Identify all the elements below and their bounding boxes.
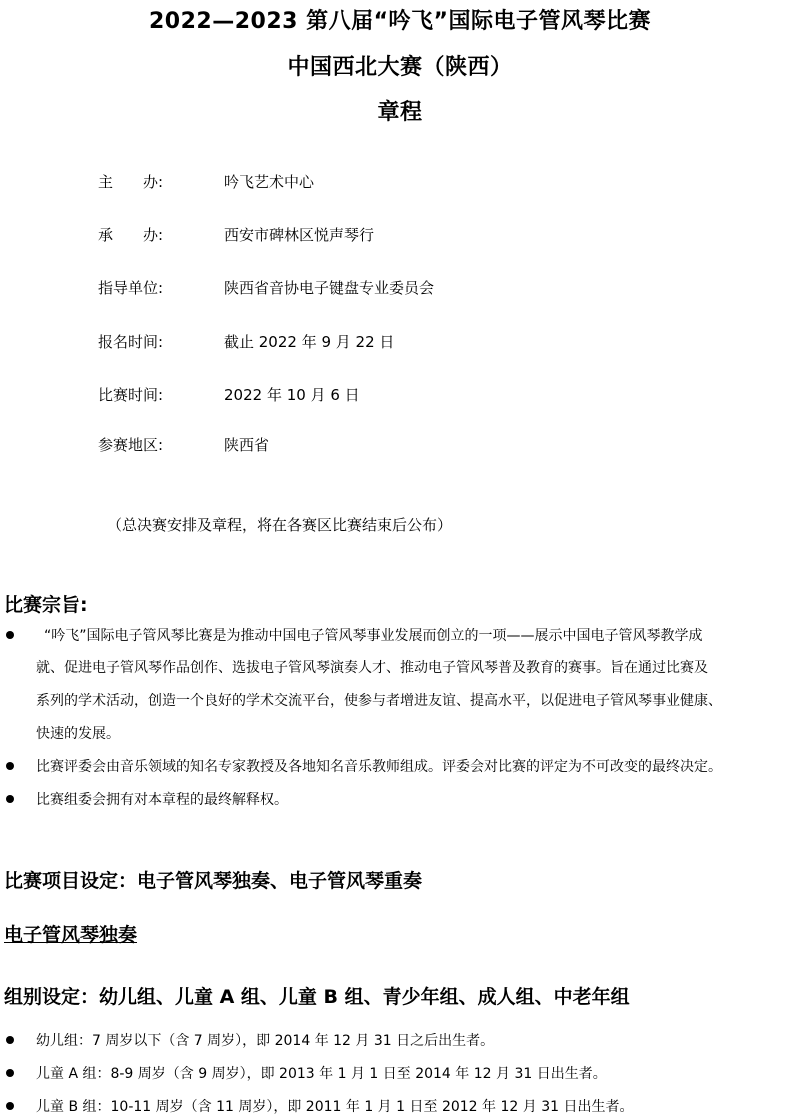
purpose-line: “吟飞”国际电子管风琴比赛是为推动中国电子管风琴事业发展而创立的一项——展示中国… [44, 625, 703, 645]
info-label: 指导单位: [98, 277, 218, 298]
bullet-icon [6, 1102, 14, 1110]
bullet-icon [6, 762, 14, 770]
info-value: 截止 2022 年 9 月 22 日 [224, 331, 394, 352]
bullet-icon [6, 795, 14, 803]
purpose-line: 系列的学术活动，创造一个良好的学术交流平台，使参与者增进友谊、提高水平，以促进电… [36, 690, 722, 710]
purpose-line: 比赛组委会拥有对本章程的最终解释权。 [36, 789, 288, 809]
groups-heading: 组别设定：幼儿组、儿童 A 组、儿童 B 组、青少年组、成人组、中老年组 [4, 982, 630, 1009]
group-item: 幼儿组：7 周岁以下（含 7 周岁），即 2014 年 12 月 31 日之后出… [36, 1030, 494, 1050]
info-value: 陕西省音协电子键盘专业委员会 [224, 277, 434, 298]
group-item: 儿童 B 组：10-11 周岁（含 11 周岁），即 2011 年 1 月 1 … [36, 1096, 633, 1116]
purpose-line: 比赛评委会由音乐领域的知名专家教授及各地知名音乐教师组成。评委会对比赛的评定为不… [36, 756, 722, 776]
info-value: 陕西省 [224, 434, 269, 455]
document-title-line2: 中国西北大赛（陕西） [0, 50, 800, 81]
info-label: 报名时间: [98, 331, 218, 352]
info-value: 2022 年 10 月 6 日 [224, 384, 360, 405]
bullet-icon [6, 1036, 14, 1044]
bullet-icon [6, 1069, 14, 1077]
final-note: （总决赛安排及章程，将在各赛区比赛结束后公布） [107, 514, 452, 535]
info-label: 承 办: [98, 224, 218, 245]
purpose-heading: 比赛宗旨: [4, 590, 88, 617]
purpose-line: 快速的发展。 [36, 723, 120, 743]
events-heading: 比赛项目设定：电子管风琴独奏、电子管风琴重奏 [4, 866, 422, 893]
document-title-line1: 2022—2023 第八届“吟飞”国际电子管风琴比赛 [0, 4, 800, 35]
info-value: 吟飞艺术中心 [224, 171, 314, 192]
info-value: 西安市碑林区悦声琴行 [224, 224, 374, 245]
info-label: 参赛地区: [98, 434, 218, 455]
solo-heading: 电子管风琴独奏 [4, 920, 137, 947]
info-label: 主 办: [98, 171, 218, 192]
bullet-icon [6, 631, 14, 639]
document-title-line3: 章程 [0, 95, 800, 126]
info-label: 比赛时间: [98, 384, 218, 405]
purpose-line: 就、促进电子管风琴作品创作、选拔电子管风琴演奏人才、推动电子管风琴普及教育的赛事… [36, 657, 708, 677]
group-item: 儿童 A 组：8-9 周岁（含 9 周岁），即 2013 年 1 月 1 日至 … [36, 1063, 607, 1083]
